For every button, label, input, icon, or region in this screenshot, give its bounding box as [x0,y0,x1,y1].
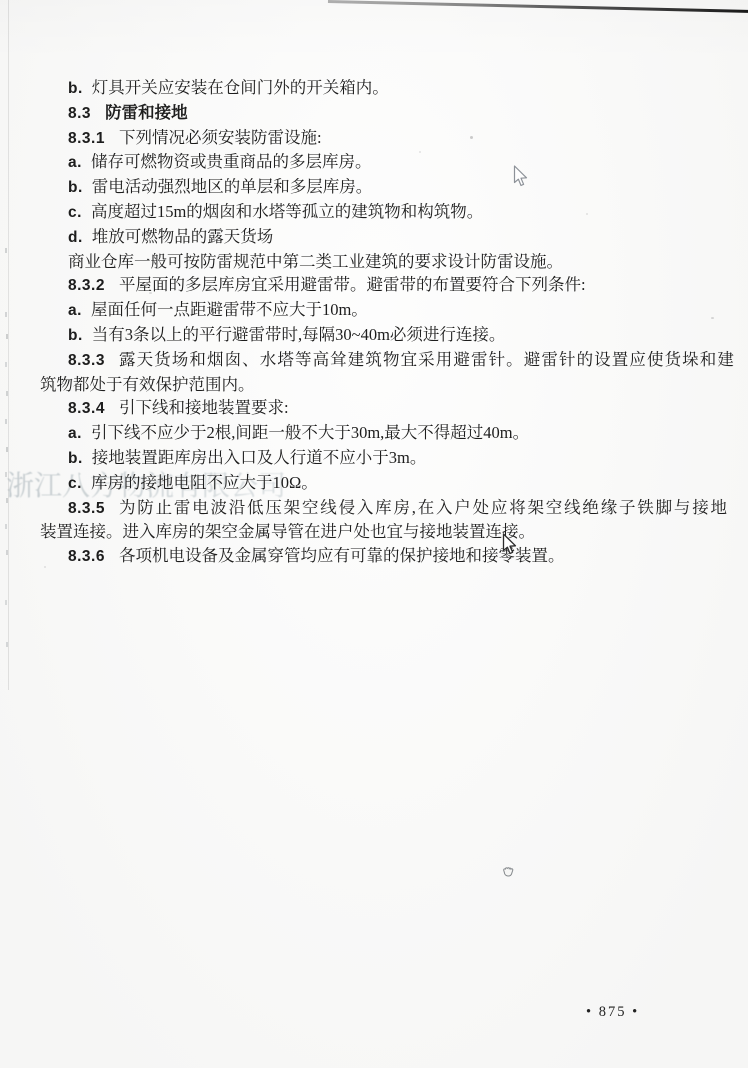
text-line: 8.3.2平屋面的多层库房宜采用避雷带。避雷带的布置要符合下列条件: [40,273,713,298]
text-line: a.储存可燃物资或贵重商品的多层库房。 [40,150,713,175]
line-text: 筑物都处于有效保护范围内。 [40,375,255,394]
line-text: 储存可燃物资或贵重商品的多层库房。 [91,152,372,171]
clause-number: c. [68,204,82,221]
clause-number: b. [68,450,83,467]
line-text: 灯具开关应安装在仓间门外的开关箱内。 [92,78,389,97]
mouse-pointer-arrow-icon [502,533,519,561]
line-text: 当有3条以上的平行避雷带时,每隔30~40m必须进行连接。 [92,325,506,344]
line-text: 堆放可燃物品的露天货场 [92,227,274,246]
scan-fold-line [8,0,9,690]
line-text: 为防止雷电波沿低压架空线侵入库房,在入户处应将架空线绝缘子铁脚与接地 [119,498,729,517]
line-text: 高度超过15m的烟囱和水塔等孤立的建筑物和构筑物。 [91,202,483,221]
text-line: a.屋面任何一点距避雷带不应大于10m。 [40,298,713,323]
clause-number: 8.3.1 [68,130,105,147]
text-line: 8.3.6各项机电设备及金属穿管均应有可靠的保护接地和接零装置。 [40,544,713,569]
clause-number: b. [68,80,83,97]
clause-number: 8.3 [68,105,91,122]
line-text: 雷电活动强烈地区的单层和多层库房。 [92,177,373,196]
scan-noise [5,248,7,253]
text-line: c.高度超过15m的烟囱和水塔等孤立的建筑物和构筑物。 [40,200,713,225]
clause-number: 8.3.5 [68,500,105,517]
text-line: 8.3.4引下线和接地装置要求: [40,396,713,421]
clause-number: 8.3.2 [68,277,105,294]
text-line: c.库房的接地电阻不应大于10Ω。 [40,471,713,496]
clause-number: b. [68,327,83,344]
clause-number: c. [68,475,82,492]
line-text: 商业仓库一般可按防雷规范中第二类工业建筑的要求设计防雷设施。 [68,252,563,271]
grab-hand-cursor-icon [498,861,518,886]
line-text: 引下线和接地装置要求: [119,398,289,417]
text-line: b.雷电活动强烈地区的单层和多层库房。 [40,175,713,200]
line-text: 库房的接地电阻不应大于10Ω。 [91,473,318,492]
line-text: 屋面任何一点距避雷带不应大于10m。 [91,300,368,319]
line-text: 接地装置距库房出入口及人行道不应小于3m。 [92,448,427,467]
text-line: b.当有3条以上的平行避雷带时,每隔30~40m必须进行连接。 [40,323,713,348]
text-line: 8.3.3露天货场和烟囱、水塔等高耸建筑物宜采用避雷针。避雷针的设置应使货垛和建 [40,348,713,373]
text-line: a.引下线不应少于2根,间距一般不大于30m,最大不得超过40m。 [40,421,713,446]
clause-number: b. [68,179,83,196]
clause-number: a. [68,425,82,442]
clause-number: 8.3.3 [68,352,105,369]
clause-number: a. [68,154,82,171]
document-lines: b.灯具开关应安装在仓间门外的开关箱内。8.3防雷和接地8.3.1下列情况必须安… [40,76,713,569]
line-text: 下列情况必须安装防雷设施: [119,128,322,147]
text-line: d.堆放可燃物品的露天货场 [40,225,713,250]
text-line: 8.3防雷和接地 [40,101,713,126]
line-text: 各项机电设备及金属穿管均应有可靠的保护接地和接零装置。 [119,546,565,565]
line-text: 露天货场和烟囱、水塔等高耸建筑物宜采用避雷针。避雷针的设置应使货垛和建 [119,350,735,369]
text-line: 筑物都处于有效保护范围内。 [40,373,713,397]
clause-number: 8.3.6 [68,548,105,565]
clause-number: a. [68,302,82,319]
line-text: 装置连接。进入库房的架空金属导管在进户处也宜与接地装置连接。 [40,522,535,541]
scan-edge-artifact [328,0,748,13]
page-number: • 875 • [586,1004,639,1021]
text-line: b.接地装置距库房出入口及人行道不应小于3m。 [40,446,713,471]
scanned-document-page: 浙江八方物流有限公司 b.灯具开关应安装在仓间门外的开关箱内。8.3防雷和接地8… [0,0,748,1068]
clause-number: 8.3.4 [68,400,105,417]
line-text: 防雷和接地 [105,103,188,122]
text-line: 8.3.1下列情况必须安装防雷设施: [40,126,713,151]
clause-number: d. [68,229,83,246]
text-line: b.灯具开关应安装在仓间门外的开关箱内。 [40,76,713,101]
text-line: 商业仓库一般可按防雷规范中第二类工业建筑的要求设计防雷设施。 [40,250,713,274]
text-line: 8.3.5为防止雷电波沿低压架空线侵入库房,在入户处应将架空线绝缘子铁脚与接地 [40,496,713,521]
text-line: 装置连接。进入库房的架空金属导管在进户处也宜与接地装置连接。 [40,520,713,544]
line-text: 平屋面的多层库房宜采用避雷带。避雷带的布置要符合下列条件: [119,275,586,294]
line-text: 引下线不应少于2根,间距一般不大于30m,最大不得超过40m。 [91,423,529,442]
mouse-pointer-outline-icon [513,165,530,193]
